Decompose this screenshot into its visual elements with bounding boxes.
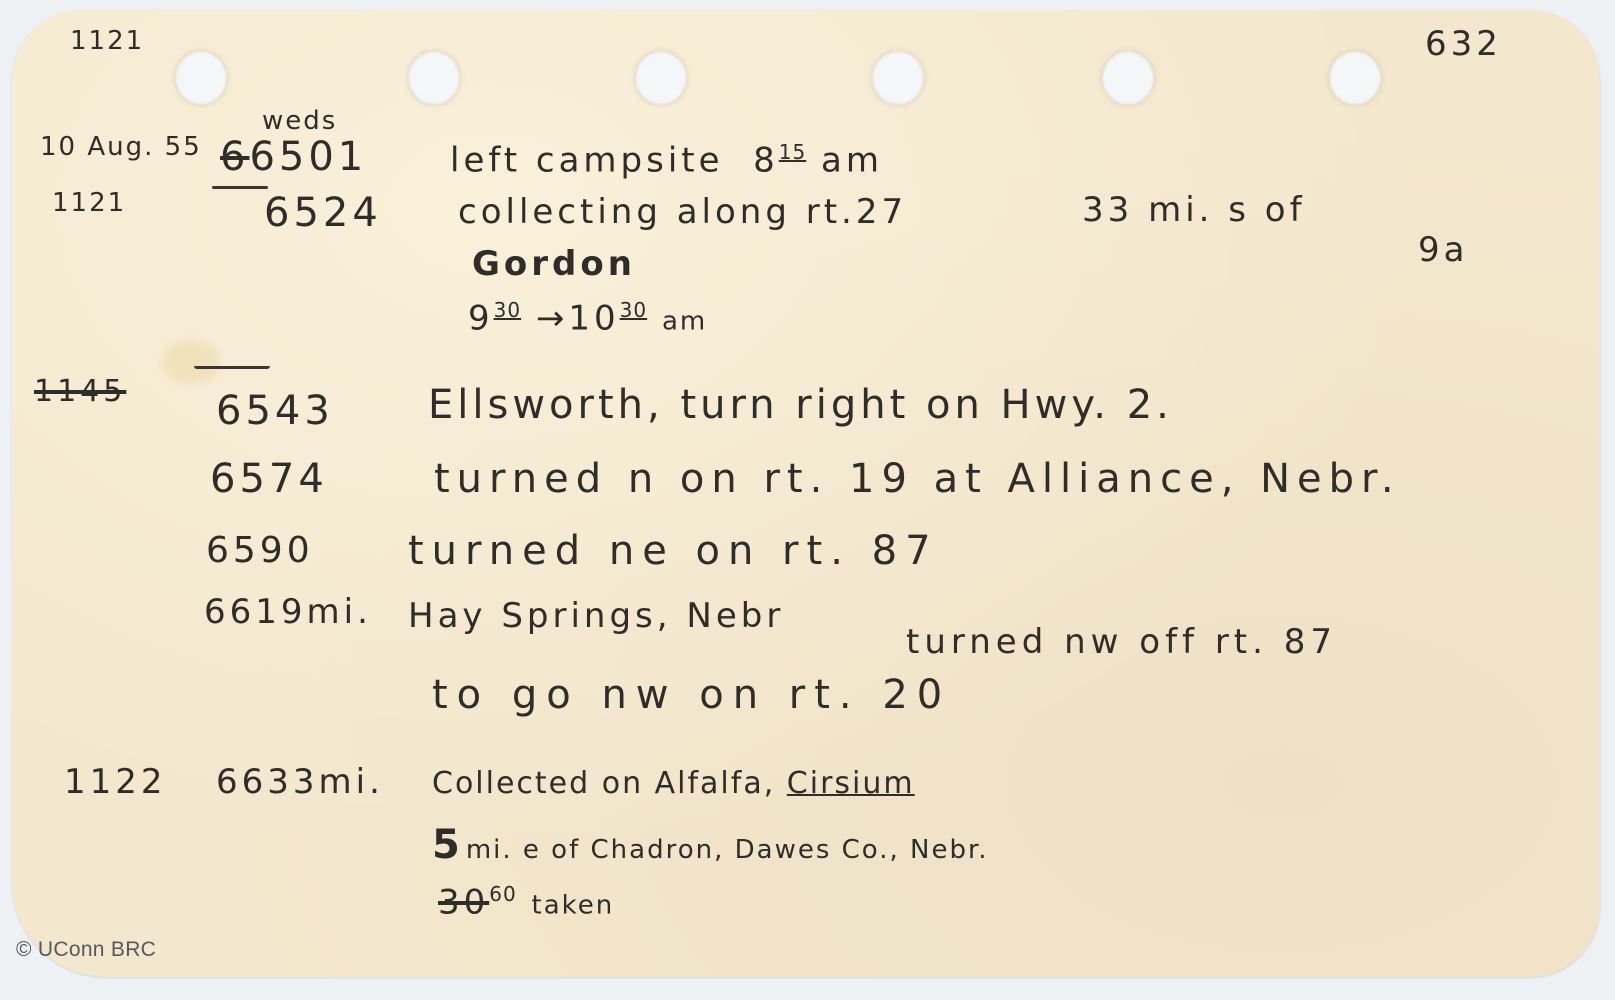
entry-text: turned n on rt. 19 at Alliance, Nebr. bbox=[434, 456, 1401, 502]
entry-odometer: 66501 bbox=[220, 134, 367, 180]
entry-time-label: 1121 bbox=[52, 188, 126, 218]
entry-count: 3060 taken bbox=[438, 882, 614, 922]
entry-odometer: 6633mi. bbox=[216, 762, 384, 802]
corner-number-right: 632 bbox=[1425, 24, 1502, 64]
entry-text: left campsite 815 am bbox=[450, 140, 883, 180]
entry-text: collecting along rt.27 bbox=[458, 192, 907, 232]
punch-hole-icon bbox=[408, 51, 460, 105]
entry-continuation: 5mi. e of Chadron, Dawes Co., Nebr. bbox=[432, 822, 989, 868]
entry-date: 10 Aug. 55 bbox=[40, 132, 202, 162]
copyright-watermark: © UConn BRC bbox=[16, 938, 156, 962]
entry-text: Hay Springs, Nebr bbox=[408, 596, 784, 636]
entry-text-right: 33 mi. s of bbox=[1082, 190, 1306, 230]
entry-odometer: 6619mi. bbox=[204, 592, 372, 632]
entry-odometer: 6543 bbox=[216, 388, 334, 434]
margin-note: 9a bbox=[1418, 230, 1468, 270]
field-note-card: 1121 632 10 Aug. 55 weds 66501 left camp… bbox=[12, 10, 1600, 977]
odometer-divider bbox=[194, 366, 270, 369]
entry-continuation: to go nw on rt. 20 bbox=[432, 672, 951, 718]
entry-day-note: weds bbox=[262, 106, 337, 136]
entry-odometer: 6590 bbox=[206, 530, 314, 571]
punch-hole-icon bbox=[1329, 51, 1381, 105]
punch-hole-icon bbox=[635, 51, 687, 105]
scan-stage: 1121 632 10 Aug. 55 weds 66501 left camp… bbox=[0, 0, 1615, 1000]
corner-number-left: 1121 bbox=[70, 26, 144, 56]
water-stain bbox=[162, 340, 220, 384]
entry-text-right: turned nw off rt. 87 bbox=[906, 622, 1337, 662]
entry-odometer: 6574 bbox=[210, 456, 328, 502]
entry-text: Ellsworth, turn right on Hwy. 2. bbox=[428, 382, 1173, 428]
odometer-divider bbox=[212, 186, 268, 189]
species-name: Cirsium bbox=[787, 766, 915, 801]
entry-time-label: 1122 bbox=[64, 762, 167, 802]
punch-hole-icon bbox=[872, 51, 924, 105]
struck-time-label: 1145 bbox=[34, 374, 126, 409]
punch-hole-icon bbox=[1102, 51, 1154, 105]
entry-text: Collected on Alfalfa, Cirsium bbox=[432, 766, 915, 801]
entry-continuation: Gordon bbox=[472, 244, 636, 284]
entry-odometer: 6524 bbox=[264, 190, 382, 236]
punch-hole-icon bbox=[175, 51, 227, 105]
entry-time-range: 930 →1030 am bbox=[468, 298, 707, 338]
entry-text: turned ne on rt. 87 bbox=[408, 528, 939, 574]
